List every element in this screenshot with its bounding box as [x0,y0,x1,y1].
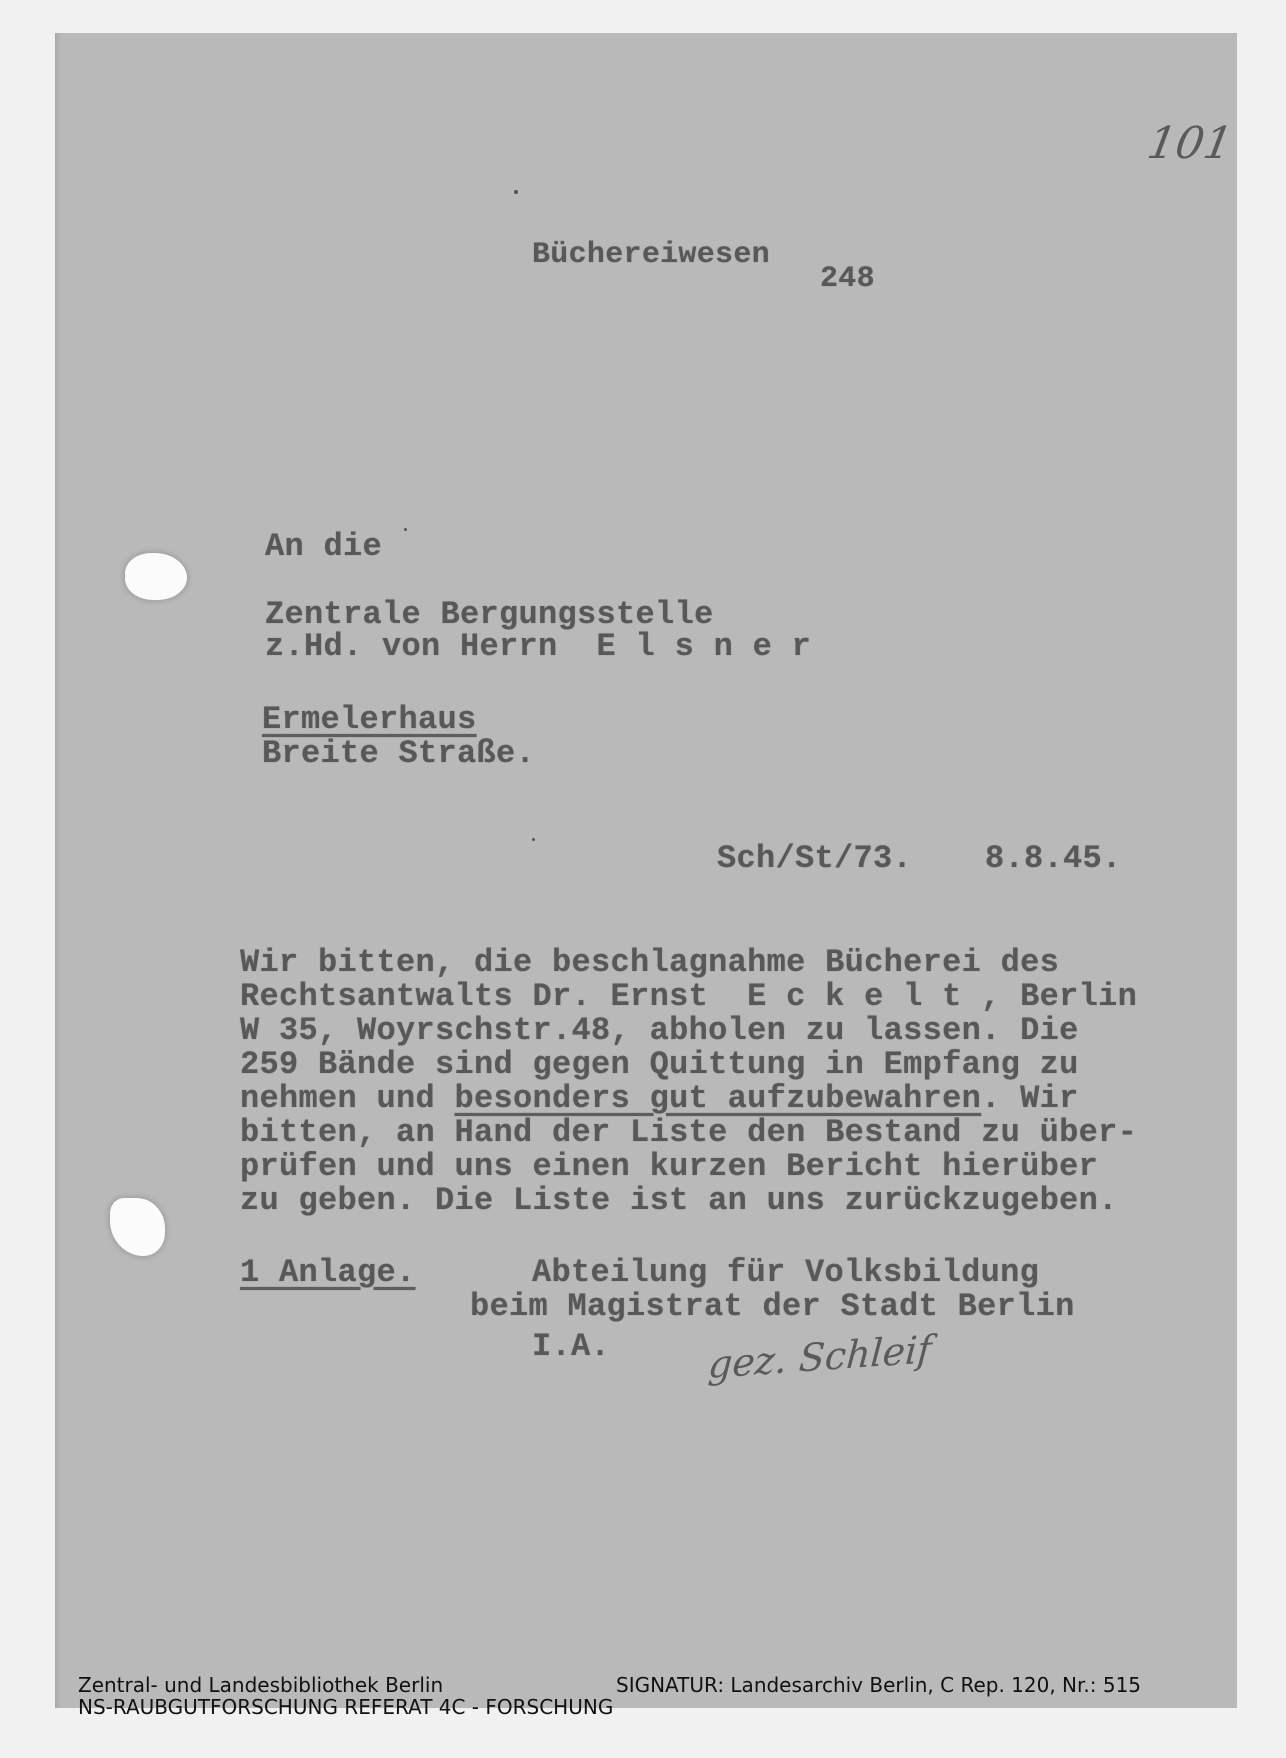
reference-code: Sch/St/73. [717,842,912,876]
signature-prefix: I.A. [532,1330,610,1364]
body-line: Wir bitten, die beschlagnahme Bücherei d… [240,946,1059,980]
recipient-salutation: An die [265,530,382,564]
recipient-attention: z.Hd. von Herrn E l s n e r [265,630,811,664]
speck [404,528,407,531]
underlined-emphasis: besonders gut aufzubewahren [455,1080,982,1117]
handwritten-page-number: 101 [1144,118,1237,169]
speck [514,190,518,194]
department-header: Büchereiwesen [532,238,770,272]
recipient-street: Breite Straße. [262,737,535,771]
recipient-organization: Zentrale Bergungsstelle [265,598,714,632]
letter-date: 8.8.45. [985,842,1122,876]
body-line: 259 Bände sind gegen Quittung in Empfang… [240,1048,1079,1082]
body-line: nehmen und besonders gut aufzubewahren. … [240,1082,1079,1116]
sender-line-1: Abteilung für Volksbildung [532,1256,1039,1290]
body-line: zu geben. Die Liste ist an uns zurückzug… [240,1184,1118,1218]
body-line: prüfen und uns einen kurzen Bericht hier… [240,1150,1098,1184]
body-line: bitten, an Hand der Liste den Bestand zu… [240,1116,1137,1150]
recipient-building: Ermelerhaus [262,703,477,737]
footer-signature-ref: SIGNATUR: Landesarchiv Berlin, C Rep. 12… [616,1674,1141,1696]
enclosure-note: 1 Anlage. [240,1256,416,1290]
footer-project: NS-RAUBGUTFORSCHUNG REFERAT 4C - FORSCHU… [78,1696,613,1718]
body-text: nehmen und [240,1080,455,1117]
body-line: Rechtsantwalts Dr. Ernst E c k e l t , B… [240,980,1137,1014]
punch-hole-top [125,553,187,600]
sender-line-2: beim Magistrat der Stadt Berlin [470,1290,1075,1324]
footer-library: Zentral- und Landesbibliothek Berlin [78,1674,443,1696]
file-number: 248 [820,262,875,296]
body-line: W 35, Woyrschstr.48, abholen zu lassen. … [240,1014,1079,1048]
body-text: . Wir [981,1080,1079,1117]
speck [532,838,535,841]
